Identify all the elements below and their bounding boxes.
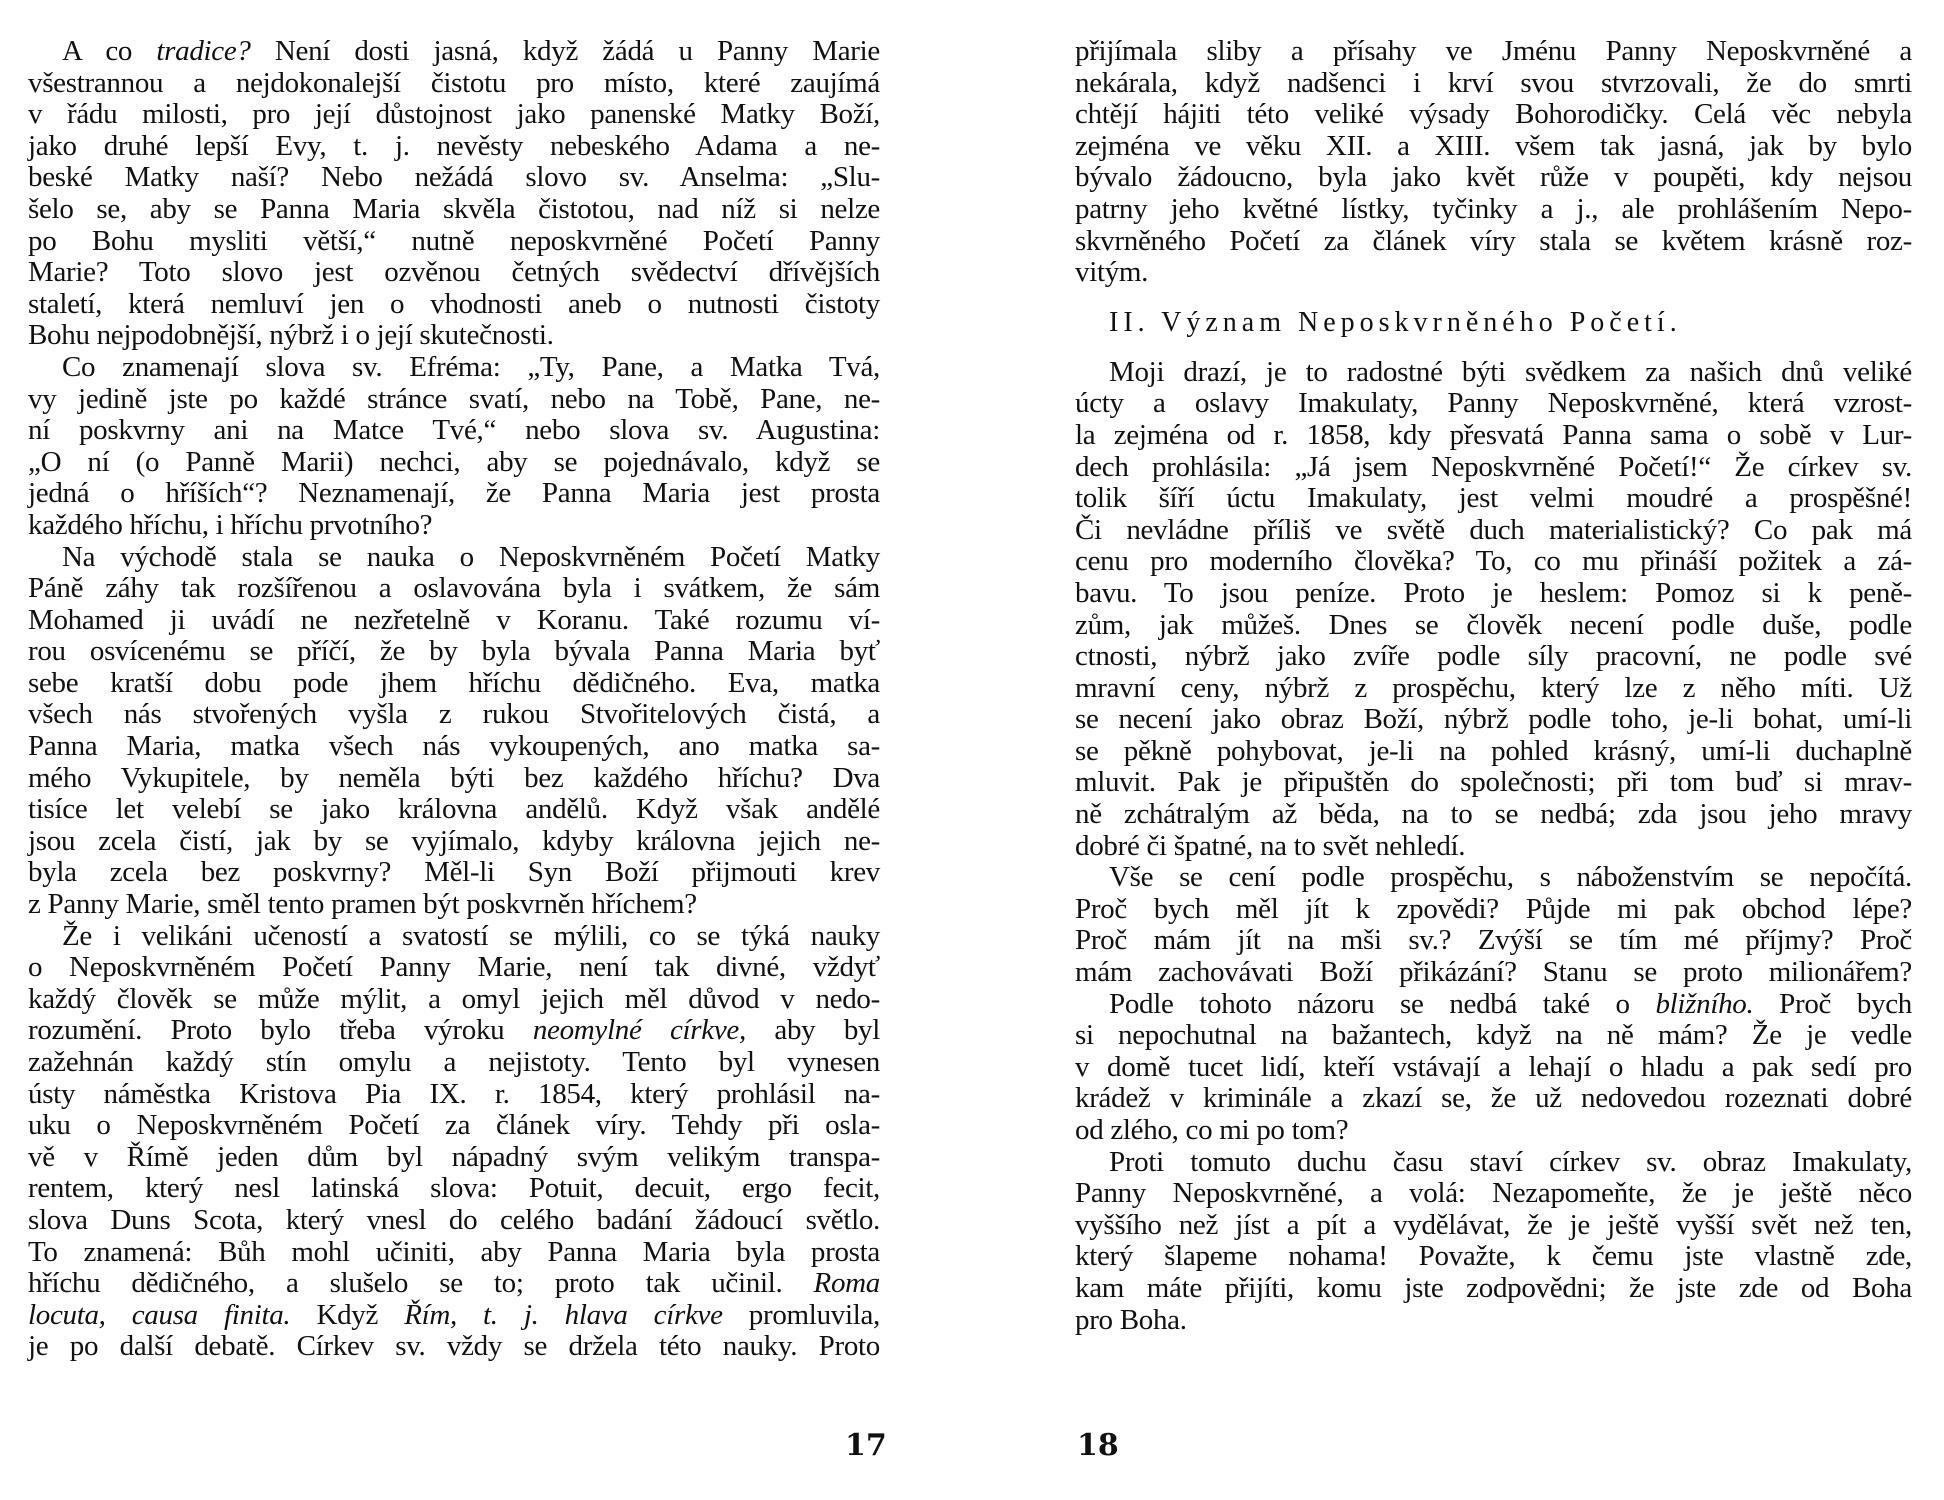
text-run: každý člověk se může mýlit, a omyl jejic… bbox=[28, 983, 880, 1015]
text-line: sebe kratší dobu pode jhem hříchu dědičn… bbox=[28, 668, 880, 700]
text-line: dobré či špatné, na to svět nehledí. bbox=[1075, 831, 1912, 863]
text-line: byla zcela bez poskvrny? Měl-li Syn Boží… bbox=[28, 857, 880, 889]
italic-text: bližního. bbox=[1655, 988, 1753, 1020]
text-run: Či nevládne příliš ve světě duch materia… bbox=[1075, 514, 1912, 546]
italic-text: tradice? bbox=[156, 35, 250, 67]
text-run: šelo se, aby se Panna Maria skvěla čisto… bbox=[28, 193, 880, 225]
text-run: v řádu milosti, pro její důstojnost jako… bbox=[28, 98, 880, 130]
text-line: se necení jako obraz Boží, nýbrž podle t… bbox=[1075, 704, 1912, 736]
text-run: zažehnán každý stín omylu a nejistoty. T… bbox=[28, 1046, 880, 1078]
text-line: zům, jak můžeš. Dnes se člověk necení po… bbox=[1075, 610, 1912, 642]
text-run: Proč bych měl jít k zpovědi? Půjde mi pa… bbox=[1075, 893, 1912, 925]
text-line: cenu pro moderního člověka? To, co mu př… bbox=[1075, 546, 1912, 578]
text-run: chtějí hájiti této veliké výsady Bohorod… bbox=[1075, 98, 1912, 130]
text-line: mravní ceny, nýbrž z prospěchu, který lz… bbox=[1075, 673, 1912, 705]
spacer bbox=[1075, 289, 1912, 303]
text-run: ctnosti, nýbrž jako zvíře podle síly pra… bbox=[1075, 640, 1912, 672]
text-line: se pěkně pohybovat, je-li na pohled krás… bbox=[1075, 736, 1912, 768]
text-run: zejména ve věku XII. a XIII. všem tak ja… bbox=[1075, 130, 1912, 162]
italic-text: Roma bbox=[814, 1267, 880, 1299]
text-run: sebe kratší dobu pode jhem hříchu dědičn… bbox=[28, 667, 880, 699]
text-run: mravní ceny, nýbrž z prospěchu, který lz… bbox=[1075, 672, 1912, 704]
text-run: A co bbox=[62, 35, 156, 67]
text-line: jako druhé lepší Evy, t. j. nevěsty nebe… bbox=[28, 131, 880, 163]
text-run: od zlého, co mi po tom? bbox=[1075, 1114, 1348, 1146]
text-line: mluvit. Pak je připuštěn do společnosti;… bbox=[1075, 767, 1912, 799]
text-run: Proč mám jít na mši sv.? Zvýší se tím mé… bbox=[1075, 924, 1912, 956]
text-run: bývalo žádoucno, byla jako květ růže v p… bbox=[1075, 161, 1912, 193]
text-line: bavu. To jsou peníze. Proto je heslem: P… bbox=[1075, 578, 1912, 610]
text-line: skvrněného Početí za článek víry stala s… bbox=[1075, 226, 1912, 258]
text-line: od zlého, co mi po tom? bbox=[1075, 1115, 1912, 1147]
text-run: úcty a oslavy Imakulaty, Panny Neposkvrn… bbox=[1075, 387, 1912, 419]
text-run: cenu pro moderního člověka? To, co mu př… bbox=[1075, 545, 1912, 577]
text-line: kam máte přijíti, komu jste zodpovědni; … bbox=[1075, 1273, 1912, 1305]
text-line: ústy náměstka Kristova Pia IX. r. 1854, … bbox=[28, 1079, 880, 1111]
text-run: rentem, který nesl latinská slova: Potui… bbox=[28, 1172, 880, 1204]
text-run: zům, jak můžeš. Dnes se člověk necení po… bbox=[1075, 609, 1912, 641]
text-line: A co tradice? Není dosti jasná, když žád… bbox=[28, 36, 880, 68]
text-line: Bohu nejpodobnější, nýbrž i o její skute… bbox=[28, 320, 880, 352]
text-run: jedná o hříších“? Neznamenají, že Panna … bbox=[28, 477, 880, 509]
text-run: ně zchátralým až běda, na to se nedbá; z… bbox=[1075, 798, 1912, 830]
page-number-right: 18 bbox=[1077, 1428, 1119, 1463]
text-line: nekárala, když nadšenci i krví svou stvr… bbox=[1075, 68, 1912, 100]
text-run: uku o Neposkvrněném Početí za článek vír… bbox=[28, 1109, 880, 1141]
text-line: mého Vykupitele, by neměla býti bez každ… bbox=[28, 763, 880, 795]
text-line: Co znamenají slova sv. Efréma: „Ty, Pane… bbox=[28, 352, 880, 384]
text-line: krádež v kriminále a zkazí se, že už ned… bbox=[1075, 1083, 1912, 1115]
text-line: Moji drazí, je to radostné býti svědkem … bbox=[1075, 357, 1912, 389]
text-line: Či nevládne příliš ve světě duch materia… bbox=[1075, 515, 1912, 547]
text-run: je po další debatě. Církev sv. vždy se d… bbox=[28, 1330, 880, 1362]
text-run: dech prohlásila: „Já jsem Neposkvrněné P… bbox=[1075, 451, 1912, 483]
spacer bbox=[1075, 343, 1912, 357]
text-run: ní poskvrny ani na Matce Tvé,“ nebo slov… bbox=[28, 414, 880, 446]
text-line: jsou zcela čistí, jak by se vyjímalo, kd… bbox=[28, 826, 880, 858]
text-run: hříchu dědičného, a slušelo se to; proto… bbox=[28, 1267, 814, 1299]
text-line: ctnosti, nýbrž jako zvíře podle síly pra… bbox=[1075, 641, 1912, 673]
text-line: každý člověk se může mýlit, a omyl jejic… bbox=[28, 984, 880, 1016]
text-run: Že i velikáni učeností a svatostí se mýl… bbox=[62, 920, 880, 952]
book-spread: A co tradice? Není dosti jasná, když žád… bbox=[0, 0, 1944, 1500]
text-run: Není dosti jasná, když žádá u Panny Mari… bbox=[251, 35, 880, 67]
right-page-continuation: přijímala sliby a přísahy ve Jménu Panny… bbox=[1075, 36, 1912, 289]
text-run: v domě tucet lidí, kteří vstávají a leha… bbox=[1075, 1051, 1912, 1083]
text-line: všech nás stvořených vyšla z rukou Stvoř… bbox=[28, 699, 880, 731]
text-line: úcty a oslavy Imakulaty, Panny Neposkvrn… bbox=[1075, 388, 1912, 420]
text-line: zažehnán každý stín omylu a nejistoty. T… bbox=[28, 1047, 880, 1079]
text-run: patrny jeho květné lístky, tyčinky a j.,… bbox=[1075, 193, 1912, 225]
text-line: vy jedině jste po každé stránce svatí, n… bbox=[28, 384, 880, 416]
text-line: vě v Římě jeden dům byl nápadný svým vel… bbox=[28, 1142, 880, 1174]
right-page: přijímala sliby a přísahy ve Jménu Panny… bbox=[972, 0, 1944, 1500]
text-line: Proti tomuto duchu času staví církev sv.… bbox=[1075, 1147, 1912, 1179]
text-run: o Neposkvrněném Početí Panny Marie, není… bbox=[28, 951, 880, 983]
text-run: la zejména od r. 1858, kdy přesvatá Pann… bbox=[1075, 419, 1912, 451]
text-run: rozumění. Proto bylo třeba výroku bbox=[28, 1014, 533, 1046]
text-run: pro Boha. bbox=[1075, 1304, 1187, 1336]
text-run: staletí, která nemluví jen o vhodnosti a… bbox=[28, 288, 880, 320]
text-run: mého Vykupitele, by neměla býti bez každ… bbox=[28, 762, 880, 794]
text-run: Vše se cení podle prospěchu, s náboženst… bbox=[1109, 861, 1912, 893]
right-page-section-body: Moji drazí, je to radostné býti svědkem … bbox=[1075, 357, 1912, 1336]
text-run: každého hříchu, i hříchu prvotního? bbox=[28, 509, 432, 541]
text-line: přijímala sliby a přísahy ve Jménu Panny… bbox=[1075, 36, 1912, 68]
text-run: mluvit. Pak je připuštěn do společnosti;… bbox=[1075, 766, 1912, 798]
text-run: přijímala sliby a přísahy ve Jménu Panny… bbox=[1075, 35, 1912, 67]
right-page-body-text: přijímala sliby a přísahy ve Jménu Panny… bbox=[1075, 36, 1912, 1336]
text-run: Na východě stala se nauka o Neposkvrněné… bbox=[62, 541, 880, 573]
text-line: jedná o hříších“? Neznamenají, že Panna … bbox=[28, 478, 880, 510]
text-run: vitým. bbox=[1075, 256, 1148, 288]
text-line: Podle tohoto názoru se nedbá také o bliž… bbox=[1075, 989, 1912, 1021]
page-number-left: 17 bbox=[845, 1428, 887, 1463]
text-line: dech prohlásila: „Já jsem Neposkvrněné P… bbox=[1075, 452, 1912, 484]
italic-text: neomylné církve, bbox=[533, 1014, 746, 1046]
italic-text: Řím, t. j. hlava církve bbox=[404, 1299, 723, 1331]
text-run: mám zachovávati Boží přikázání? Stanu se… bbox=[1075, 956, 1912, 988]
text-run: Když bbox=[290, 1299, 404, 1331]
text-run: beské Matky naší? Nebo nežádá slovo sv. … bbox=[28, 161, 880, 193]
text-line: rentem, který nesl latinská slova: Potui… bbox=[28, 1173, 880, 1205]
text-line: tolik šíří úctu Imakulaty, jest velmi mo… bbox=[1075, 483, 1912, 515]
text-run: nekárala, když nadšenci i krví svou stvr… bbox=[1075, 67, 1912, 99]
text-line: „O ní (o Panně Marii) nechci, aby se poj… bbox=[28, 447, 880, 479]
section-heading: II. Význam Neposkvrněného Početí. bbox=[1075, 303, 1912, 343]
text-run: Panna Maria, matka všech nás vykoupených… bbox=[28, 730, 880, 762]
text-line: tisíce let velebí se jako královna anděl… bbox=[28, 794, 880, 826]
text-line: Proč bych měl jít k zpovědi? Půjde mi pa… bbox=[1075, 894, 1912, 926]
text-line: chtějí hájiti této veliké výsady Bohorod… bbox=[1075, 99, 1912, 131]
text-run: ústy náměstka Kristova Pia IX. r. 1854, … bbox=[28, 1078, 880, 1110]
text-line: hříchu dědičného, a slušelo se to; proto… bbox=[28, 1268, 880, 1300]
text-run: který šlapeme nohama! Považte, k čemu js… bbox=[1075, 1240, 1912, 1272]
text-line: je po další debatě. Církev sv. vždy se d… bbox=[28, 1331, 880, 1363]
text-line: vyššího než jíst a pít a vydělávat, že j… bbox=[1075, 1210, 1912, 1242]
text-run: kam máte přijíti, komu jste zodpovědni; … bbox=[1075, 1272, 1912, 1304]
text-line: z Panny Marie, směl tento pramen být pos… bbox=[28, 889, 880, 921]
text-run: Marie? Toto slovo jest ozvěnou četných s… bbox=[28, 256, 880, 288]
text-run: Proti tomuto duchu času staví církev sv.… bbox=[1109, 1146, 1912, 1178]
text-run: jsou zcela čistí, jak by se vyjímalo, kd… bbox=[28, 825, 880, 857]
text-line: mám zachovávati Boží přikázání? Stanu se… bbox=[1075, 957, 1912, 989]
text-run: Moji drazí, je to radostné býti svědkem … bbox=[1109, 356, 1912, 388]
text-line: Že i velikáni učeností a svatostí se mýl… bbox=[28, 921, 880, 953]
text-run: Podle tohoto názoru se nedbá také o bbox=[1109, 988, 1655, 1020]
text-line: který šlapeme nohama! Považte, k čemu js… bbox=[1075, 1241, 1912, 1273]
text-line: Páně záhy tak rozšířenou a oslavována by… bbox=[28, 573, 880, 605]
text-run: Bohu nejpodobnější, nýbrž i o její skute… bbox=[28, 319, 554, 351]
text-line: šelo se, aby se Panna Maria skvěla čisto… bbox=[28, 194, 880, 226]
text-run: promluvila, bbox=[723, 1299, 880, 1331]
text-run: dobré či špatné, na to svět nehledí. bbox=[1075, 830, 1465, 862]
text-line: Proč mám jít na mši sv.? Zvýší se tím mé… bbox=[1075, 925, 1912, 957]
text-run: rou osvícenému se příčí, že by byla býva… bbox=[28, 635, 880, 667]
text-line: patrny jeho květné lístky, tyčinky a j.,… bbox=[1075, 194, 1912, 226]
text-run: Co znamenají slova sv. Efréma: „Ty, Pane… bbox=[62, 351, 880, 383]
text-run: slova Duns Scota, který vnesl do celého … bbox=[28, 1204, 880, 1236]
text-run: Panny Neposkvrněné, a volá: Nezapomeňte,… bbox=[1075, 1177, 1912, 1209]
italic-text: locuta, causa finita. bbox=[28, 1299, 290, 1331]
text-run: „O ní (o Panně Marii) nechci, aby se poj… bbox=[28, 446, 880, 478]
text-line: staletí, která nemluví jen o vhodnosti a… bbox=[28, 289, 880, 321]
text-run: Proč bych bbox=[1753, 988, 1912, 1020]
text-run: všestrannou a nejdokonalejší čistotu pro… bbox=[28, 67, 880, 99]
text-line: rozumění. Proto bylo třeba výroku neomyl… bbox=[28, 1015, 880, 1047]
text-run: vyššího než jíst a pít a vydělávat, že j… bbox=[1075, 1209, 1912, 1241]
text-run: vě v Římě jeden dům byl nápadný svým vel… bbox=[28, 1141, 880, 1173]
text-run: krádež v kriminále a zkazí se, že už ned… bbox=[1075, 1082, 1912, 1114]
text-run: si nepochutnal na bažantech, když na ně … bbox=[1075, 1019, 1912, 1051]
text-line: ně zchátralým až běda, na to se nedbá; z… bbox=[1075, 799, 1912, 831]
text-run: se necení jako obraz Boží, nýbrž podle t… bbox=[1075, 703, 1912, 735]
text-run: všech nás stvořených vyšla z rukou Stvoř… bbox=[28, 698, 880, 730]
text-line: Panna Maria, matka všech nás vykoupených… bbox=[28, 731, 880, 763]
text-line: la zejména od r. 1858, kdy přesvatá Pann… bbox=[1075, 420, 1912, 452]
text-line: vitým. bbox=[1075, 257, 1912, 289]
text-run: byla zcela bez poskvrny? Měl-li Syn Boží… bbox=[28, 856, 880, 888]
text-line: v domě tucet lidí, kteří vstávají a leha… bbox=[1075, 1052, 1912, 1084]
text-run: aby byl bbox=[746, 1014, 880, 1046]
text-line: Panny Neposkvrněné, a volá: Nezapomeňte,… bbox=[1075, 1178, 1912, 1210]
text-line: v řádu milosti, pro její důstojnost jako… bbox=[28, 99, 880, 131]
text-run: tisíce let velebí se jako královna anděl… bbox=[28, 793, 880, 825]
text-line: bývalo žádoucno, byla jako květ růže v p… bbox=[1075, 162, 1912, 194]
text-line: všestrannou a nejdokonalejší čistotu pro… bbox=[28, 68, 880, 100]
text-line: uku o Neposkvrněném Početí za článek vír… bbox=[28, 1110, 880, 1142]
text-line: pro Boha. bbox=[1075, 1305, 1912, 1337]
text-run: se pěkně pohybovat, je-li na pohled krás… bbox=[1075, 735, 1912, 767]
text-line: ní poskvrny ani na Matce Tvé,“ nebo slov… bbox=[28, 415, 880, 447]
text-line: Vše se cení podle prospěchu, s náboženst… bbox=[1075, 862, 1912, 894]
left-page: A co tradice? Není dosti jasná, když žád… bbox=[0, 0, 972, 1500]
text-line: každého hříchu, i hříchu prvotního? bbox=[28, 510, 880, 542]
text-line: beské Matky naší? Nebo nežádá slovo sv. … bbox=[28, 162, 880, 194]
text-run: tolik šíří úctu Imakulaty, jest velmi mo… bbox=[1075, 482, 1912, 514]
text-run: bavu. To jsou peníze. Proto je heslem: P… bbox=[1075, 577, 1912, 609]
text-line: Mohamed ji uvádí ne nezřetelně v Koranu.… bbox=[28, 605, 880, 637]
left-page-body-text: A co tradice? Není dosti jasná, když žád… bbox=[28, 36, 880, 1363]
text-line: slova Duns Scota, který vnesl do celého … bbox=[28, 1205, 880, 1237]
text-line: Na východě stala se nauka o Neposkvrněné… bbox=[28, 542, 880, 574]
text-run: vy jedině jste po každé stránce svatí, n… bbox=[28, 383, 880, 415]
text-line: si nepochutnal na bažantech, když na ně … bbox=[1075, 1020, 1912, 1052]
text-line: Marie? Toto slovo jest ozvěnou četných s… bbox=[28, 257, 880, 289]
text-run: jako druhé lepší Evy, t. j. nevěsty nebe… bbox=[28, 130, 880, 162]
text-line: o Neposkvrněném Početí Panny Marie, není… bbox=[28, 952, 880, 984]
text-line: locuta, causa finita. Když Řím, t. j. hl… bbox=[28, 1300, 880, 1332]
text-run: skvrněného Početí za článek víry stala s… bbox=[1075, 225, 1912, 257]
text-run: po Bohu mysliti větší,“ nutně neposkvrně… bbox=[28, 225, 880, 257]
text-line: rou osvícenému se příčí, že by byla býva… bbox=[28, 636, 880, 668]
text-line: zejména ve věku XII. a XIII. všem tak ja… bbox=[1075, 131, 1912, 163]
text-run: z Panny Marie, směl tento pramen být pos… bbox=[28, 888, 697, 920]
text-run: Páně záhy tak rozšířenou a oslavována by… bbox=[28, 572, 880, 604]
text-run: To znamená: Bůh mohl učiniti, aby Panna … bbox=[28, 1236, 880, 1268]
text-line: po Bohu mysliti větší,“ nutně neposkvrně… bbox=[28, 226, 880, 258]
text-run: Mohamed ji uvádí ne nezřetelně v Koranu.… bbox=[28, 604, 880, 636]
text-line: To znamená: Bůh mohl učiniti, aby Panna … bbox=[28, 1237, 880, 1269]
